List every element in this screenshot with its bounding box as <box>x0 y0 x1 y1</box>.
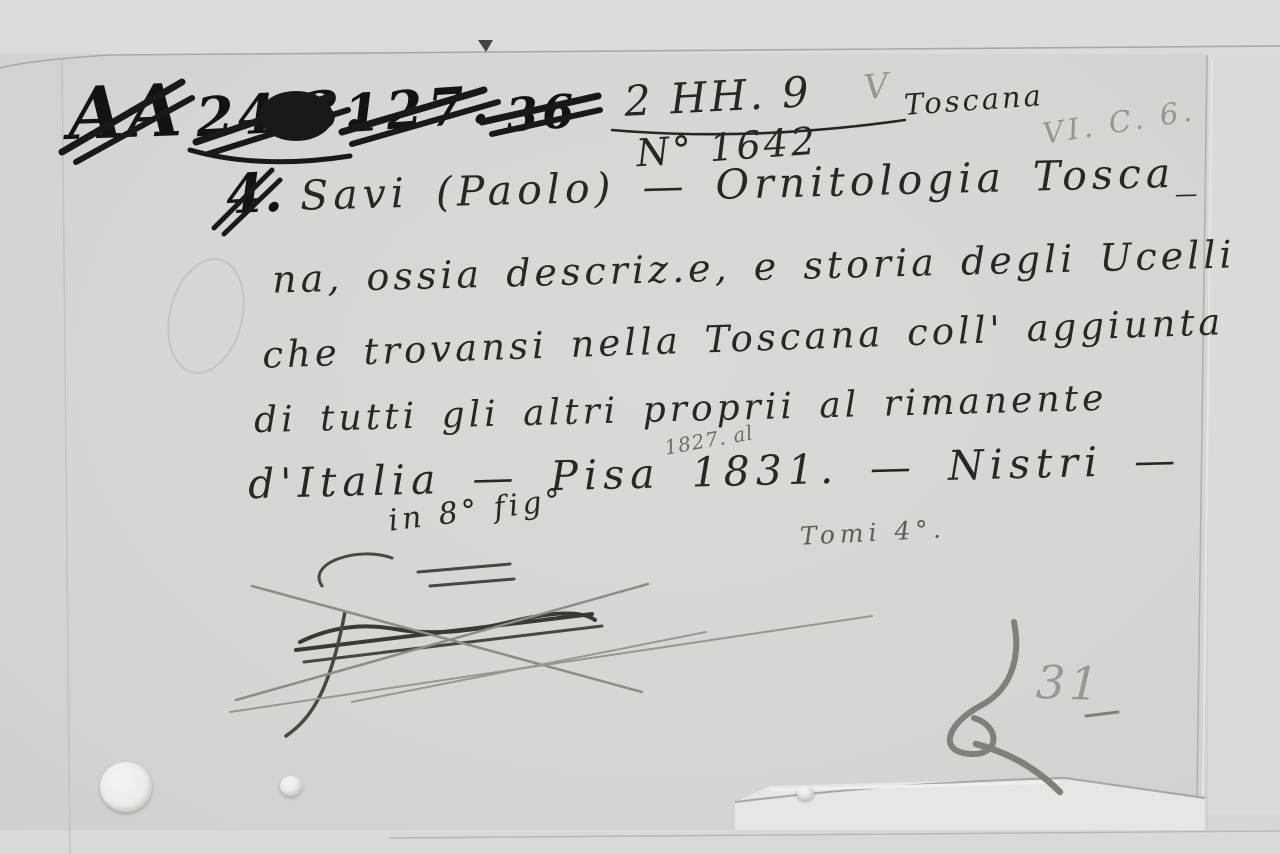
cancelled-number-3: 36 <box>504 88 579 139</box>
paper-edge-right <box>1208 54 1280 814</box>
wafer-seal-small <box>280 776 302 796</box>
pencil-checkmark: V <box>862 69 890 105</box>
volume-note: Tomi 4°. <box>799 516 946 549</box>
paper-edge-top <box>0 0 1280 54</box>
pencil-number: 31 <box>1035 659 1103 707</box>
wafer-seal-tiny <box>797 786 814 800</box>
cancelled-initials: AA <box>67 74 185 150</box>
wafer-seal-large <box>100 762 152 812</box>
shelfmark: 2 HH. 9 <box>623 71 813 123</box>
cancelled-item-number: 4. <box>225 165 284 222</box>
cancelled-number-2: 127. <box>342 79 496 141</box>
catalog-card-scan: AA 24.3. 127. 36 2 HH. 9 V Toscana VI. C… <box>0 0 1280 854</box>
paper-edge-bottom <box>0 830 1280 854</box>
